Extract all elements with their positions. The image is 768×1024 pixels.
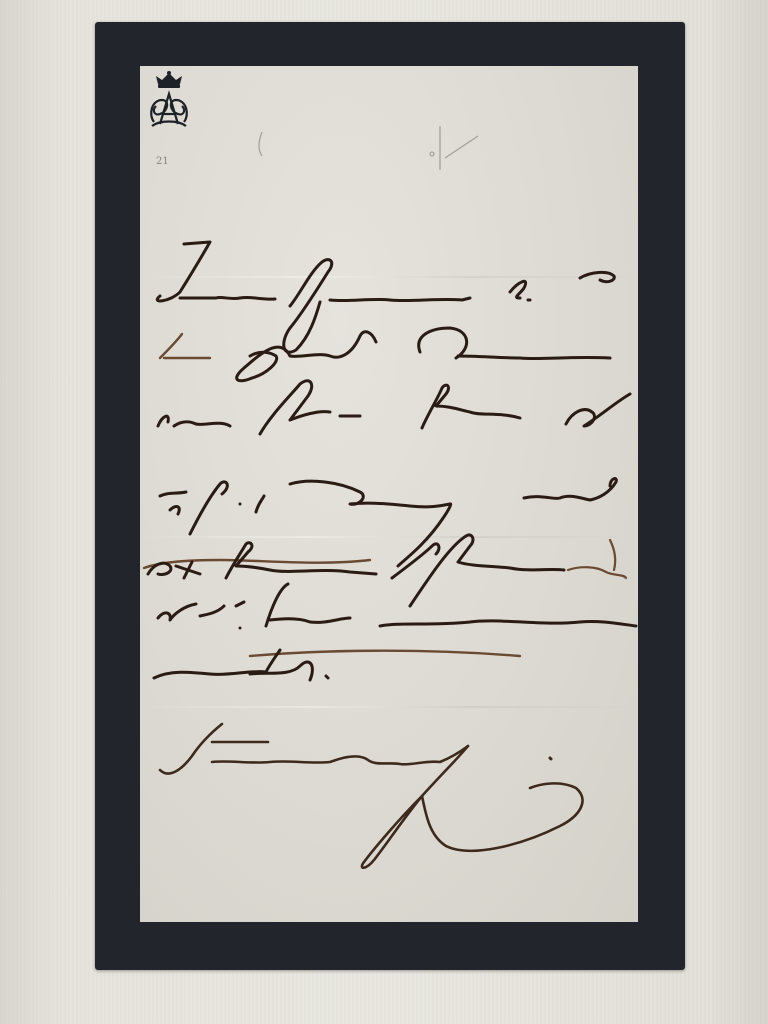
letter-paper: 21 (140, 66, 638, 922)
handwriting (140, 66, 638, 922)
